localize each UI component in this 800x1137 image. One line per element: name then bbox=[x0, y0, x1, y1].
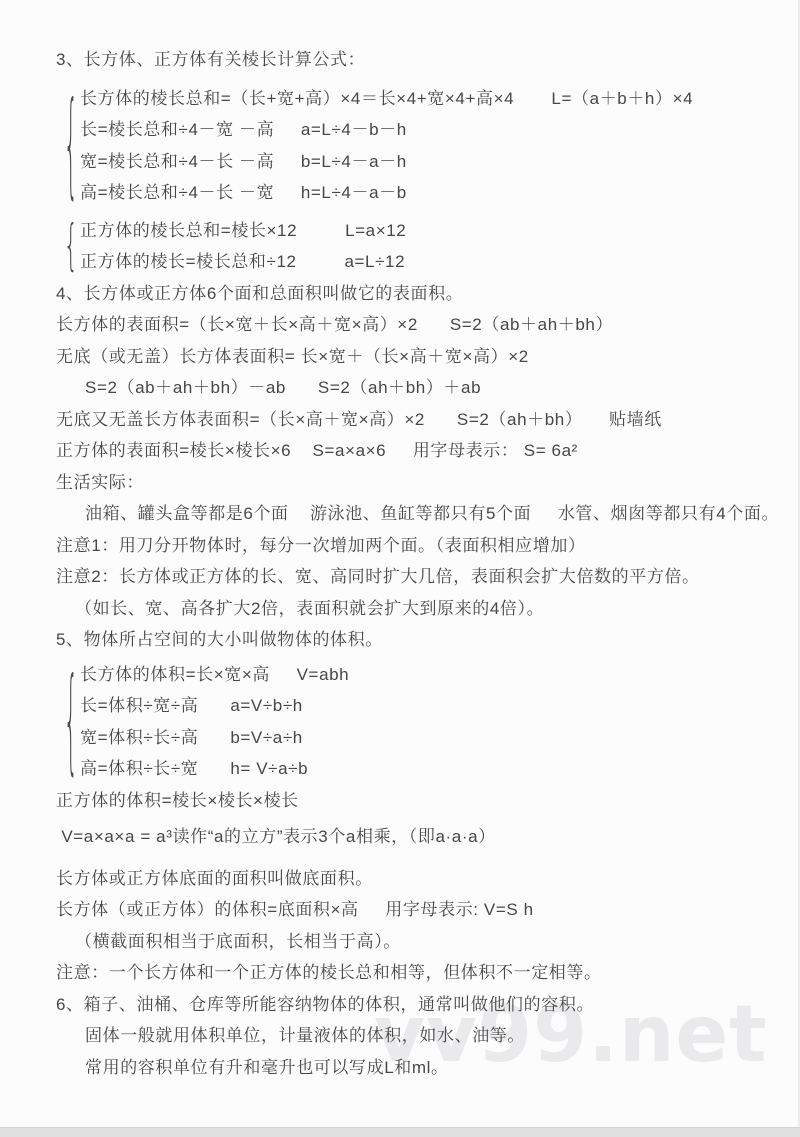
text-line: 长方体（或正方体）的体积=底面积×高 用字母表示: V=S h bbox=[56, 894, 794, 926]
document-content: 3、长方体、正方体有关棱长计算公式：{长方体的棱长总和=（长+宽+高）×4＝长×… bbox=[56, 44, 794, 1083]
text-line: 无底又无盖长方体表面积=（长×高＋宽×高）×2 S=2（ah＋bh） 贴墙纸 bbox=[56, 404, 794, 436]
text-line: 5、物体所占空间的大小叫做物体的体积。 bbox=[56, 624, 794, 656]
text-line: S=2（ab＋ah＋bh）－ab S=2（ah＋bh）＋ab bbox=[85, 372, 794, 404]
formula-line: 正方体的棱长总和=棱长×12 L=a×12 bbox=[80, 215, 794, 247]
formula-group: {长方体的棱长总和=（长+宽+高）×4＝长×4+宽×4+高×4 L=（a＋b＋h… bbox=[56, 83, 794, 209]
formula-line: 高=棱长总和÷4－长 －宽 h=L÷4－a－b bbox=[80, 177, 794, 209]
text-line: 注意：一个长方体和一个正方体的棱长总和相等，但体积不一定相等。 bbox=[56, 957, 794, 989]
formula-line: 长方体的棱长总和=（长+宽+高）×4＝长×4+宽×4+高×4 L=（a＋b＋h）… bbox=[80, 83, 794, 115]
text-line: 注意1：用刀分开物体时，每分一次增加两个面。（表面积相应增加） bbox=[56, 530, 794, 562]
text-line: 长方体的表面积=（长×宽＋长×高＋宽×高）×2 S=2（ab＋ah＋bh） bbox=[56, 309, 794, 341]
text-line: 油箱、罐头盒等都是6个面 游泳池、鱼缸等都只有5个面 水管、烟囱等都只有4个面。 bbox=[85, 498, 794, 530]
document-page: vv99.net 3、长方体、正方体有关棱长计算公式：{长方体的棱长总和=（长+… bbox=[0, 0, 800, 1137]
page-bottom-edge bbox=[0, 1127, 800, 1137]
text-line: 注意2：长方体或正方体的长、宽、高同时扩大几倍，表面积会扩大倍数的平方倍。 bbox=[56, 561, 794, 593]
text-line: 无底（或无盖）长方体表面积= 长×宽＋（长×高＋宽×高）×2 bbox=[56, 341, 794, 373]
text-line: 6、箱子、油桶、仓库等所能容纳物体的体积，通常叫做他们的容积。 bbox=[56, 989, 794, 1021]
formula-group: {长方体的体积=长×宽×高 V=abh长=体积÷宽÷高 a=V÷b÷h宽=体积÷… bbox=[56, 659, 794, 785]
text-line: （横截面积相当于底面积，长相当于高）。 bbox=[75, 926, 794, 958]
formula-line: 正方体的棱长=棱长总和÷12 a=L÷12 bbox=[80, 246, 794, 278]
curly-brace: { bbox=[64, 219, 78, 273]
text-line: 常用的容积单位有升和毫升也可以写成L和ml。 bbox=[85, 1052, 794, 1084]
text-line: 4、长方体或正方体6个面和总面积叫做它的表面积。 bbox=[56, 278, 794, 310]
text-line: 长方体或正方体底面的面积叫做底面积。 bbox=[56, 863, 794, 895]
formula-line: 宽=棱长总和÷4－长 －高 b=L÷4－a－h bbox=[80, 146, 794, 178]
formula-line: 长=棱长总和÷4－宽 －高 a=L÷4－b－h bbox=[80, 114, 794, 146]
curly-brace: { bbox=[64, 88, 78, 202]
text-line: V=a×a×a = a³读作“a的立方”表示3个a相乘，（即a·a·a） bbox=[56, 821, 794, 853]
formula-line: 长=体积÷宽÷高 a=V÷b÷h bbox=[80, 690, 794, 722]
formula-group: {正方体的棱长总和=棱长×12 L=a×12正方体的棱长=棱长总和÷12 a=L… bbox=[56, 215, 794, 278]
formula-line: 长方体的体积=长×宽×高 V=abh bbox=[80, 659, 794, 691]
curly-brace: { bbox=[64, 664, 78, 778]
text-line: 正方体的体积=棱长×棱长×棱长 bbox=[56, 785, 794, 817]
text-line: （如长、宽、高各扩大2倍，表面积就会扩大到原来的4倍）。 bbox=[75, 593, 794, 625]
formula-line: 高=体积÷长÷宽 h= V÷a÷b bbox=[80, 753, 794, 785]
text-line: 生活实际： bbox=[56, 467, 794, 499]
text-line: 3、长方体、正方体有关棱长计算公式： bbox=[56, 44, 794, 76]
text-line: 固体一般就用体积单位，计量液体的体积，如水、油等。 bbox=[85, 1020, 794, 1052]
text-line: 正方体的表面积=棱长×棱长×6 S=a×a×6 用字母表示： S= 6a² bbox=[56, 435, 794, 467]
formula-line: 宽=体积÷长÷高 b=V÷a÷h bbox=[80, 722, 794, 754]
